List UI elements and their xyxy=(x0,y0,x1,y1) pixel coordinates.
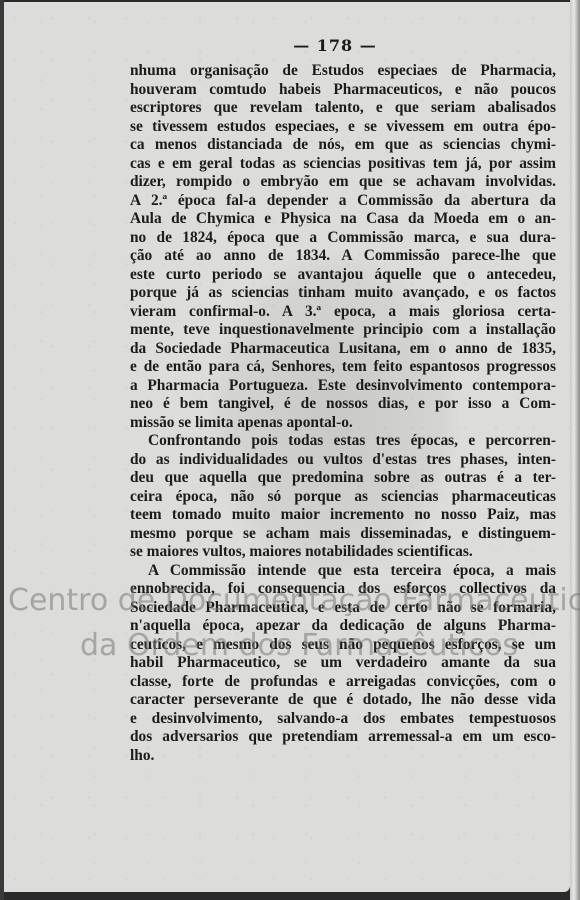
text-line: ca menos distanciada de nós, em que as s… xyxy=(130,136,556,155)
text-line: caracter perseverante de que é dotado, l… xyxy=(130,691,556,710)
text-line: ceuticos, e mesmo dos seus não pequenos … xyxy=(130,636,556,655)
text-line: ceira época, não só porque as sciencias … xyxy=(130,488,556,507)
text-line: nhuma organisação de Estudos especiaes d… xyxy=(130,62,556,81)
text-line: Confrontando pois todas estas tres época… xyxy=(130,432,556,451)
text-line: ção até ao anno de 1834. A Commissão par… xyxy=(130,247,556,266)
body-text: nhuma organisação de Estudos especiaes d… xyxy=(130,62,556,765)
text-line: mente, teve inquestionavelmente principi… xyxy=(130,321,556,340)
text-line: cas e em geral todas as sciencias positi… xyxy=(130,155,556,174)
text-line: porque já as sciencias tinham muito avan… xyxy=(130,284,556,303)
text-line: lho. xyxy=(130,747,556,766)
text-line: da Sociedade Pharmaceutica Lusitana, em … xyxy=(130,340,556,359)
text-line: missão se limita apenas apontal-o. xyxy=(130,414,556,433)
text-line: teem tomado muito maior incremento no no… xyxy=(130,506,556,525)
text-line: n'aquella época, apezar da dedicação de … xyxy=(130,617,556,636)
text-line: mesmo porque se acham mais disseminadas,… xyxy=(130,525,556,544)
text-line: se tivessem estudos especiaes, e se vive… xyxy=(130,118,556,137)
text-line: dizer, rompido o embryão em que se achav… xyxy=(130,173,556,192)
text-line: e desinvolvimento, salvando-a dos embate… xyxy=(130,710,556,729)
text-line: habil Pharmaceutico, se um verdadeiro am… xyxy=(130,654,556,673)
text-line: se maiores vultos, maiores notabilidades… xyxy=(130,543,556,562)
text-line: ennobrecida, foi consequencia dos esforç… xyxy=(130,580,556,599)
text-line: dos adversarios que pretendiam arremessa… xyxy=(130,728,556,747)
text-line: a Pharmacia Portugueza. Este desinvolvim… xyxy=(130,377,556,396)
page-right-edge xyxy=(570,0,580,900)
text-line: deu que aquella que predomina sobre as o… xyxy=(130,469,556,488)
text-line: Sociedade Pharmaceutica, e esta de certo… xyxy=(130,599,556,618)
text-line: escriptores que revelam talento, e que s… xyxy=(130,99,556,118)
text-line: A Commissão intende que esta terceira ép… xyxy=(130,562,556,581)
text-line: do as individualidades ou vultos d'estas… xyxy=(130,451,556,470)
text-line: vieram confirmal-o. A 3.ª epoca, a mais … xyxy=(130,303,556,322)
text-line: e de então para cá, Senhores, tem feito … xyxy=(130,358,556,377)
text-line: no de 1824, época que a Commissão marca,… xyxy=(130,229,556,248)
text-line: classe, forte de profundas e arreigadas … xyxy=(130,673,556,692)
page-number: — 178 — xyxy=(0,36,580,55)
text-line: Aula de Chymica e Physica na Casa da Moe… xyxy=(130,210,556,229)
text-line: A 2.ª época fal-a depender a Commissão d… xyxy=(130,192,556,211)
text-line: houveram comtudo habeis Pharmaceuticos, … xyxy=(130,81,556,100)
text-line: neo é bem tangivel, é de nossos dias, e … xyxy=(130,395,556,414)
text-line: este curto periodo se avantajou áquelle … xyxy=(130,266,556,285)
